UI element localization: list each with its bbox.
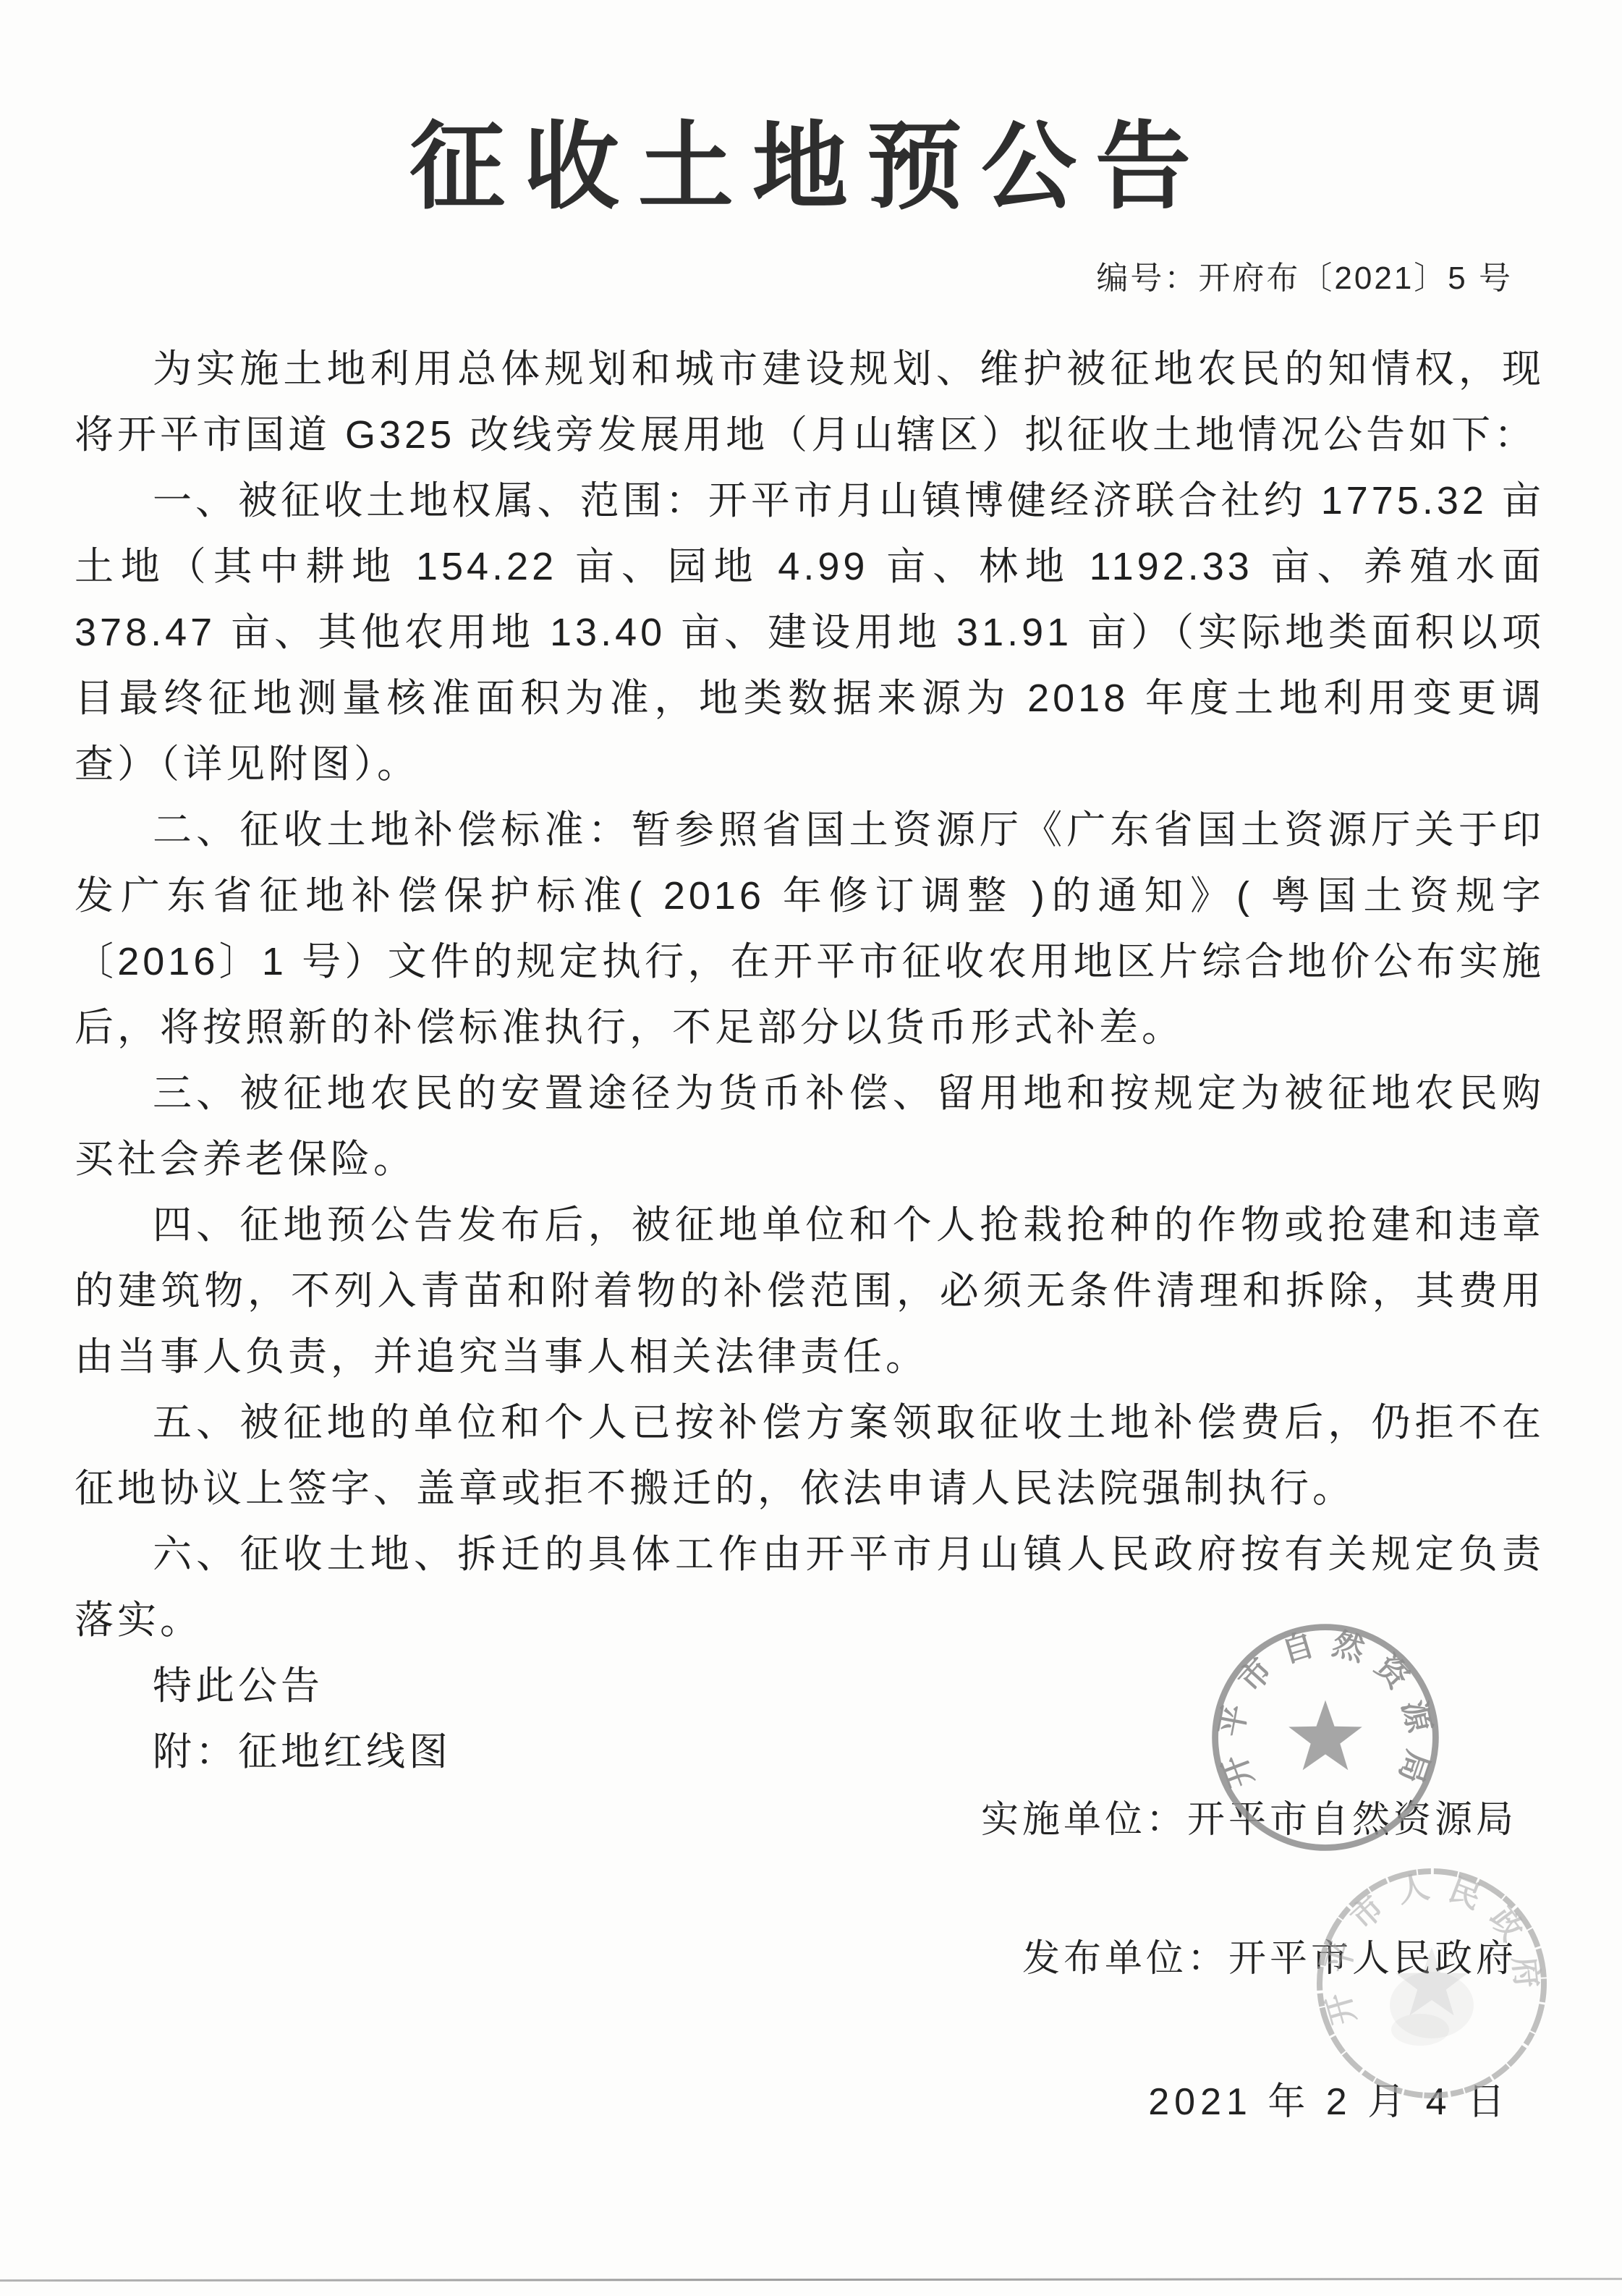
date-line: 2021 年 2 月 4 日 <box>75 2069 1510 2135</box>
page-content: 征收土地预公告 编号：开府布〔2021〕5 号 为实施土地利用总体规划和城市建设… <box>0 0 1622 2135</box>
closing-statement: 特此公告 <box>75 1653 1545 1719</box>
paragraph-item-3-resettlement: 三、被征地农民的安置途径为货币补偿、留用地和按规定为被征地农民购买社会养老保险。 <box>75 1061 1545 1193</box>
scan-edge-artifact-line <box>0 2278 1622 2282</box>
signature-block: 实施单位：开平市自然资源局 发布单位：开平市人民政府 2021 年 2 月 4 … <box>75 1787 1545 2135</box>
document-body: 为实施土地利用总体规划和城市建设规划、维护被征地农民的知情权，现将开平市国道 G… <box>75 336 1545 1785</box>
paragraph-intro: 为实施土地利用总体规划和城市建设规划、维护被征地农民的知情权，现将开平市国道 G… <box>75 336 1545 468</box>
implement-unit-line: 实施单位：开平市自然资源局 <box>75 1787 1517 1853</box>
paragraph-item-6-implementation: 六、征收土地、拆迁的具体工作由开平市月山镇人民政府按有关规定负责落实。 <box>75 1522 1545 1653</box>
paragraph-item-4-illegal-structures: 四、征地预公告发布后，被征地单位和个人抢栽抢种的作物或抢建和违章的建筑物，不列入… <box>75 1193 1545 1390</box>
attachment-note: 附：征地红线图 <box>75 1719 1545 1785</box>
page-title: 征收土地预公告 <box>75 0 1545 218</box>
doc-number: 编号：开府布〔2021〕5 号 <box>75 257 1545 300</box>
paragraph-item-5-enforcement: 五、被征地的单位和个人已按补偿方案领取征收土地补偿费后，仍拒不在征地协议上签字、… <box>75 1390 1545 1522</box>
publish-unit-line: 发布单位：开平市人民政府 <box>75 1926 1517 1992</box>
paragraph-item-2-compensation: 二、征收土地补偿标准：暂参照省国土资源厅《广东省国土资源厅关于印发广东省征地补偿… <box>75 797 1545 1061</box>
scanned-announcement-page: 征收土地预公告 编号：开府布〔2021〕5 号 为实施土地利用总体规划和城市建设… <box>0 0 1622 2296</box>
paragraph-item-1-scope: 一、被征收土地权属、范围：开平市月山镇博健经济联合社约 1775.32 亩土地（… <box>75 468 1545 797</box>
